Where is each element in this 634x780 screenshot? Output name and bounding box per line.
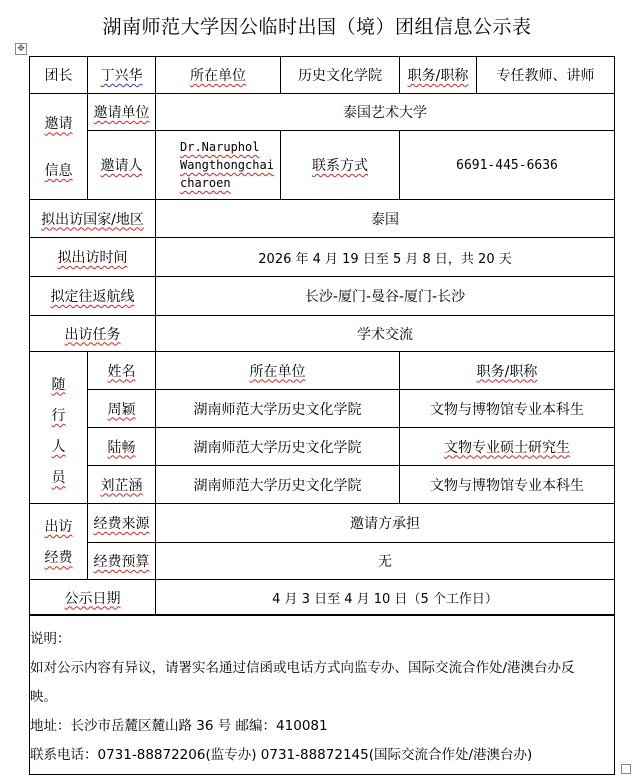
funding-section-label-2: 经费 [45,547,73,567]
time-label: 拟出访时间 [58,247,128,267]
invitation-person-line: Wangthongchai [180,156,274,174]
funding-source-label-cell: 经费来源 [87,503,156,543]
publicity-cell: 4 月 3 日至 4 月 10 日（5 个工作日） [155,579,615,616]
member-name-text: 刘芷涵 [101,475,143,495]
invitation-person-cell: Dr.Naruphol Wangthongchai charoen [155,130,281,200]
leader-position-label-cell: 职务/职称 [399,56,477,94]
funding-budget-cell: 无 [155,542,615,580]
country-label-cell: 拟出访国家/地区 [29,199,156,238]
leader-label: 团长 [45,65,73,85]
publicity-label-cell: 公示日期 [29,579,156,616]
funding-source-label: 经费来源 [94,513,150,533]
country-value: 泰国 [371,209,399,229]
header-label: 所在单位 [250,361,306,381]
member-unit-text: 湖南师范大学历史文化学院 [194,437,362,457]
member-position-text: 文物专业硕士研究生 [444,437,570,457]
task-label-cell: 出访任务 [29,315,156,352]
funding-budget-label: 经费预算 [94,551,150,571]
notes-line-2: 映。 [30,683,614,712]
leader-unit-label-cell: 所在单位 [155,56,281,94]
task-cell: 学术交流 [155,315,615,352]
members-section-cell: 随 行 人 员 [29,351,88,504]
table-move-handle-icon[interactable]: ✥ [15,43,27,55]
member-name: 刘芷涵 [87,465,156,504]
notes-address: 地址：长沙市岳麓区麓山路 36 号 邮编：410081 [30,712,614,741]
invitation-contact-label-cell: 联系方式 [280,130,400,200]
leader-name: 丁兴华 [101,65,143,85]
member-position-text: 文物与博物馆专业本科生 [430,399,584,419]
member-unit-text: 湖南师范大学历史文化学院 [194,399,362,419]
members-section-char: 随 [52,374,66,394]
country-cell: 泰国 [155,199,615,238]
time-value: 2026 年 4 月 19 日至 5 月 8 日，共 20 天 [258,248,511,267]
member-position: 文物专业硕士研究生 [399,427,615,466]
member-name-text: 陆畅 [108,437,136,457]
invitation-person-line: charoen [180,174,231,192]
member-unit: 湖南师范大学历史文化学院 [155,465,400,504]
funding-source: 邀请方承担 [350,513,420,533]
members-header-position: 职务/职称 [399,351,615,390]
invitation-org-cell: 泰国艺术大学 [155,93,615,131]
route-cell: 长沙-厦门-曼谷-厦门-长沙 [155,276,615,316]
leader-position-label: 职务/职称 [408,65,469,85]
publicity-label: 公示日期 [65,588,121,608]
route-label-cell: 拟定往返航线 [29,276,156,316]
members-section-char: 人 [52,436,66,456]
invitation-contact: 6691-445-6636 [456,158,558,173]
route-value: 长沙-厦门-曼谷-厦门-长沙 [305,286,465,306]
route-label: 拟定往返航线 [51,286,135,306]
members-section-char: 行 [52,405,66,425]
member-position-text: 文物与博物馆专业本科生 [430,475,584,495]
members-section-char: 员 [52,467,66,487]
header-label: 姓名 [108,361,136,381]
leader-unit-cell: 历史文化学院 [280,56,400,94]
invitation-section-cell: 邀请 信息 [29,93,88,200]
leader-label-cell: 团长 [29,56,88,94]
invitation-section-label-2: 信息 [45,160,73,180]
time-cell: 2026 年 4 月 19 日至 5 月 8 日，共 20 天 [155,237,615,277]
invitation-org: 泰国艺术大学 [343,102,427,122]
members-header-unit: 所在单位 [155,351,400,390]
invitation-section-label-1: 邀请 [45,113,73,133]
invitation-person-label: 邀请人 [101,155,143,175]
notes-heading: 说明： [30,625,614,654]
notes-line-1: 如对公示内容有异议，请署实名通过信函或电话方式向监专办、国际交流合作处/港澳台办… [30,654,614,683]
invitation-contact-cell: 6691-445-6636 [399,130,615,200]
funding-source-cell: 邀请方承担 [155,503,615,543]
header-label: 职务/职称 [477,361,538,381]
member-unit-text: 湖南师范大学历史文化学院 [194,475,362,495]
funding-budget: 无 [378,551,392,571]
notes-section: 说明： 如对公示内容有异议，请署实名通过信函或电话方式向监专办、国际交流合作处/… [29,614,615,775]
member-name-text: 周颖 [108,399,136,419]
leader-unit: 历史文化学院 [298,65,382,85]
member-name: 周颖 [87,389,156,428]
member-unit: 湖南师范大学历史文化学院 [155,389,400,428]
leader-name-cell: 丁兴华 [87,56,156,94]
publicity-value: 4 月 3 日至 4 月 10 日（5 个工作日） [272,588,498,607]
invitation-person-line: Dr.Naruphol [180,138,259,156]
country-label: 拟出访国家/地区 [41,209,144,229]
time-label-cell: 拟出访时间 [29,237,156,277]
task-label: 出访任务 [65,324,121,344]
page-title: 湖南师范大学因公临时出国（境）团组信息公示表 [0,12,634,39]
member-position: 文物与博物馆专业本科生 [399,389,615,428]
member-position: 文物与博物馆专业本科生 [399,465,615,504]
members-header-name: 姓名 [87,351,156,390]
funding-section-label-1: 出访 [45,516,73,536]
table-resize-handle-icon[interactable] [621,764,631,774]
funding-section-cell: 出访 经费 [29,503,88,580]
leader-unit-label: 所在单位 [190,65,246,85]
invitation-org-label-cell: 邀请单位 [87,93,156,131]
invitation-contact-label: 联系方式 [312,155,368,175]
invitation-person-label-cell: 邀请人 [87,130,156,200]
notes-phone: 联系电话：0731-88872206(监专办) 0731-88872145(国际… [30,741,614,770]
member-name: 陆畅 [87,427,156,466]
funding-budget-label-cell: 经费预算 [87,542,156,580]
task-value: 学术交流 [357,324,413,344]
leader-position-cell: 专任教师、讲师 [476,56,615,94]
member-unit: 湖南师范大学历史文化学院 [155,427,400,466]
leader-position: 专任教师、讲师 [497,65,595,85]
invitation-org-label: 邀请单位 [94,102,150,122]
